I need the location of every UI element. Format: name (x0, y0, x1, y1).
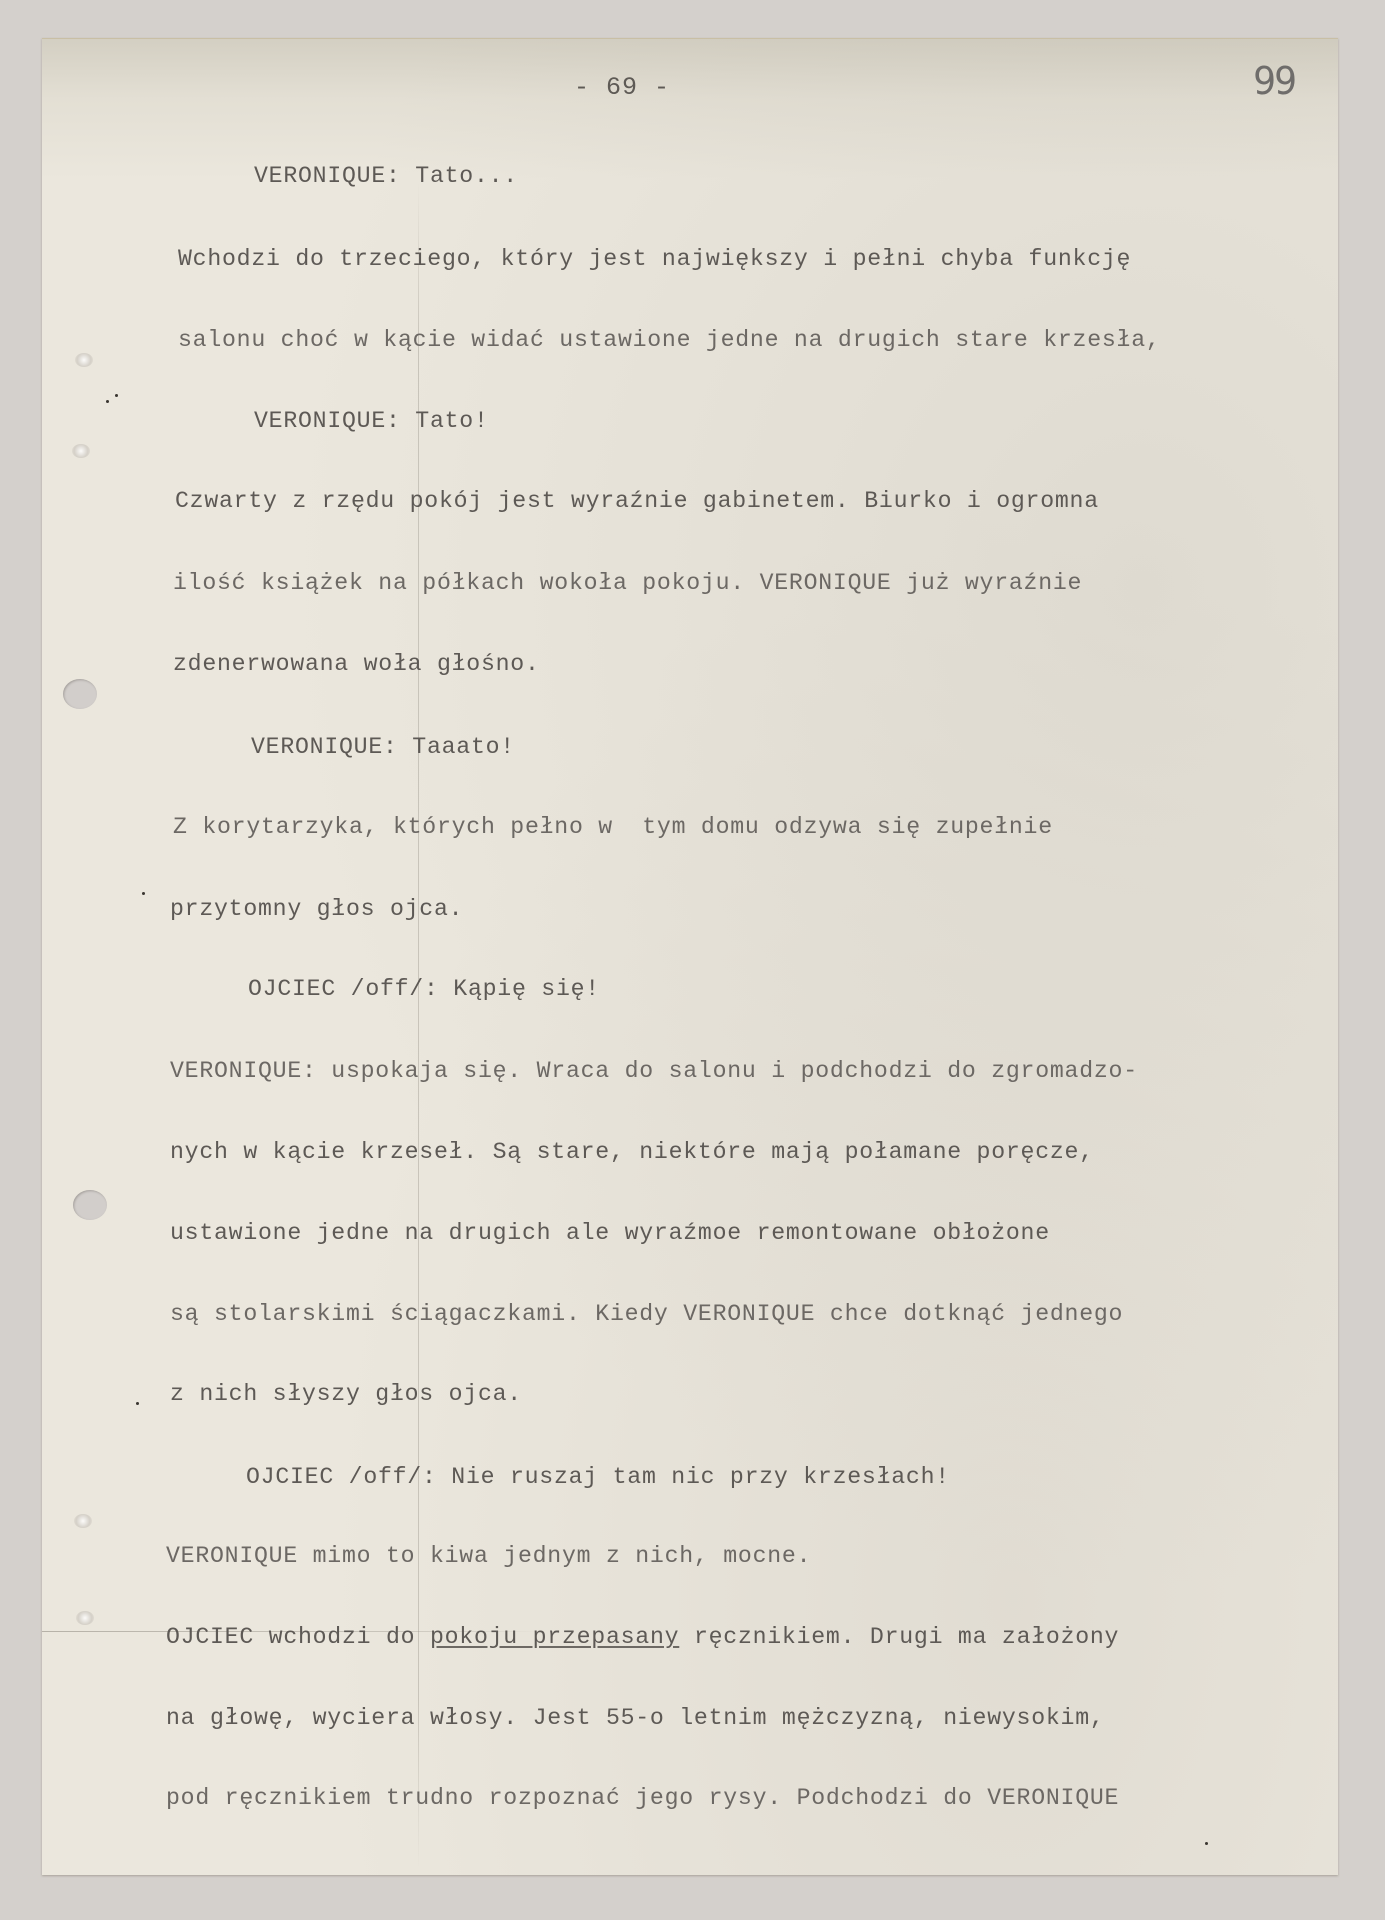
paper-stain (76, 1611, 94, 1625)
handwritten-folio-number: 99 (1253, 59, 1295, 103)
punch-hole (73, 1190, 107, 1220)
ink-speck (142, 892, 145, 895)
underlined-text: pokoju przepasany (430, 1624, 679, 1650)
action-line: VERONIQUE: uspokaja się. Wraca do salonu… (170, 1056, 1138, 1086)
action-line: nych w kącie krzeseł. Są stare, niektóre… (170, 1137, 1094, 1167)
action-line: Z korytarzyka, których pełno w tym domu … (173, 812, 1053, 842)
action-line: OJCIEC wchodzi do pokoju przepasany ręcz… (166, 1622, 1119, 1652)
action-line: salonu choć w kącie widać ustawione jedn… (178, 325, 1161, 355)
dialogue-line: OJCIEC /off/: Kąpię się! (248, 974, 600, 1004)
action-line: są stolarskimi ściągaczkami. Kiedy VERON… (170, 1299, 1123, 1329)
typewritten-page: - 69 - 99 VERONIQUE: Tato...Wchodzi do t… (42, 38, 1338, 1875)
action-line: Czwarty z rzędu pokój jest wyraźnie gabi… (175, 486, 1099, 516)
action-line: na głowę, wyciera włosy. Jest 55-o letni… (166, 1703, 1105, 1733)
ink-speck (106, 400, 109, 403)
paper-stain (74, 1514, 92, 1528)
action-line: ustawione jedne na drugich ale wyraźmoe … (170, 1218, 1050, 1248)
ink-speck (136, 1402, 139, 1405)
action-line: pod ręcznikiem trudno rozpoznać jego rys… (166, 1783, 1119, 1813)
punch-hole (63, 679, 97, 709)
line-text: ręcznikiem. Drugi ma założony (679, 1624, 1119, 1650)
action-line: VERONIQUE mimo to kiwa jednym z nich, mo… (166, 1541, 811, 1571)
dialogue-line: VERONIQUE: Tato... (254, 161, 518, 191)
ink-speck (115, 394, 118, 397)
page-number: - 69 - (542, 73, 702, 102)
action-line: Wchodzi do trzeciego, który jest najwięk… (178, 244, 1131, 274)
ink-speck (1205, 1842, 1208, 1845)
dialogue-line: VERONIQUE: Tato! (254, 406, 489, 436)
paper-stain (72, 444, 90, 458)
action-line: ilość książek na półkach wokoła pokoju. … (173, 568, 1082, 598)
dialogue-line: VERONIQUE: Taaato! (251, 732, 515, 762)
dialogue-line: OJCIEC /off/: Nie ruszaj tam nic przy kr… (246, 1462, 950, 1492)
action-line: przytomny głos ojca. (170, 894, 463, 924)
action-line: z nich słyszy głos ojca. (170, 1379, 522, 1409)
action-line: zdenerwowana woła głośno. (173, 649, 540, 679)
line-text: OJCIEC wchodzi do (166, 1624, 430, 1650)
paper-stain (75, 353, 93, 367)
